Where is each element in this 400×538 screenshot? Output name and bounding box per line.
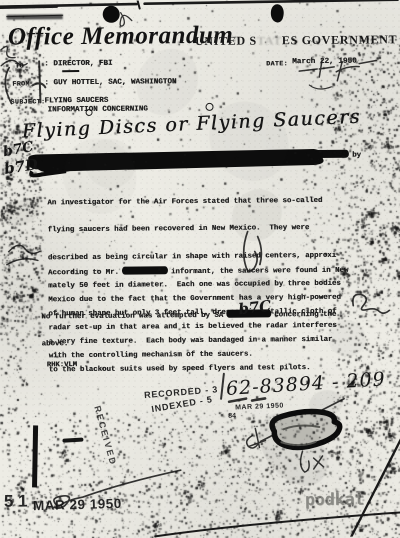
fbi-underline xyxy=(62,70,79,72)
hw-flourish-ring-1 xyxy=(86,109,93,116)
org-part-smudged: TAT xyxy=(257,33,282,47)
scribbled-out-blob xyxy=(272,411,340,447)
from-label: FROM xyxy=(12,80,29,87)
bottom-date-stamp: MAR 29 1950 xyxy=(33,496,122,513)
received-vertical-stamp: RECEIVED xyxy=(92,405,118,467)
from-value: : GUY HOTTEL, SAC, WASHINGTON xyxy=(44,78,176,87)
ink-blot xyxy=(269,3,285,23)
para1-line: An investigator for the Air Forces state… xyxy=(47,196,340,208)
exemption-code-b7c-2: b7C xyxy=(237,297,272,319)
date-label: DATE: xyxy=(266,60,288,67)
received-date-stamp: MAR 29 1950 xyxy=(235,402,284,411)
para3-line-1: No further evaluation was attempted by S… xyxy=(41,308,336,322)
watermark: podkat xyxy=(305,490,365,510)
org-part-1: UNITED S xyxy=(195,33,257,48)
form-number-smudge xyxy=(7,14,63,19)
subject-label: SUBJECT: xyxy=(10,98,45,105)
para3-line-2: above. xyxy=(42,338,337,350)
para2-prefix: According to Mr. xyxy=(48,268,119,277)
para1-line: flying saucers had been recovered in New… xyxy=(48,224,341,236)
margin-bar-mark xyxy=(32,425,38,487)
memo-page: Office Memorandum • UNITED STATES GOVERN… xyxy=(0,0,400,538)
received-stamp-number: 84 xyxy=(228,413,236,420)
para3-suffix: concerning the xyxy=(274,310,336,319)
document-content: Office Memorandum • UNITED STATES GOVERN… xyxy=(0,0,400,538)
page-curl-lines xyxy=(154,436,400,538)
hw-flourish-ring-2 xyxy=(205,103,213,111)
redaction-source-bar xyxy=(26,149,326,178)
subject-line-1: FLYING SAUCERS xyxy=(44,97,108,106)
to-value: : DIRECTOR, FBI xyxy=(44,60,112,69)
to-label: TO xyxy=(15,63,24,70)
typist-initials: RHK:VLM xyxy=(47,361,77,369)
bottom-stamp-number: 5 1 xyxy=(4,492,28,512)
dash-mark xyxy=(62,437,83,442)
intro-suffix: by xyxy=(352,152,361,160)
paragraph-3: No further evaluation was attempted by S… xyxy=(41,290,337,369)
para3-prefix: No further evaluation was attempted by S… xyxy=(41,311,223,321)
para2-suffix: informant, the saucers were found in New xyxy=(171,266,348,276)
org-title: UNITED STATES GOVERNMENT xyxy=(195,32,398,49)
org-part-2: ES GOVERNMENT xyxy=(282,32,398,47)
title-bullet: • xyxy=(180,33,184,48)
redaction-informant-name xyxy=(122,266,168,274)
date-value: March 22, 1950 xyxy=(292,58,357,67)
subject-line-2: INFORMATION CONCERNING xyxy=(48,105,148,114)
para2-line-1: According to Mr.informant, the saucers w… xyxy=(48,264,348,278)
hole-punch-mark xyxy=(103,6,120,23)
